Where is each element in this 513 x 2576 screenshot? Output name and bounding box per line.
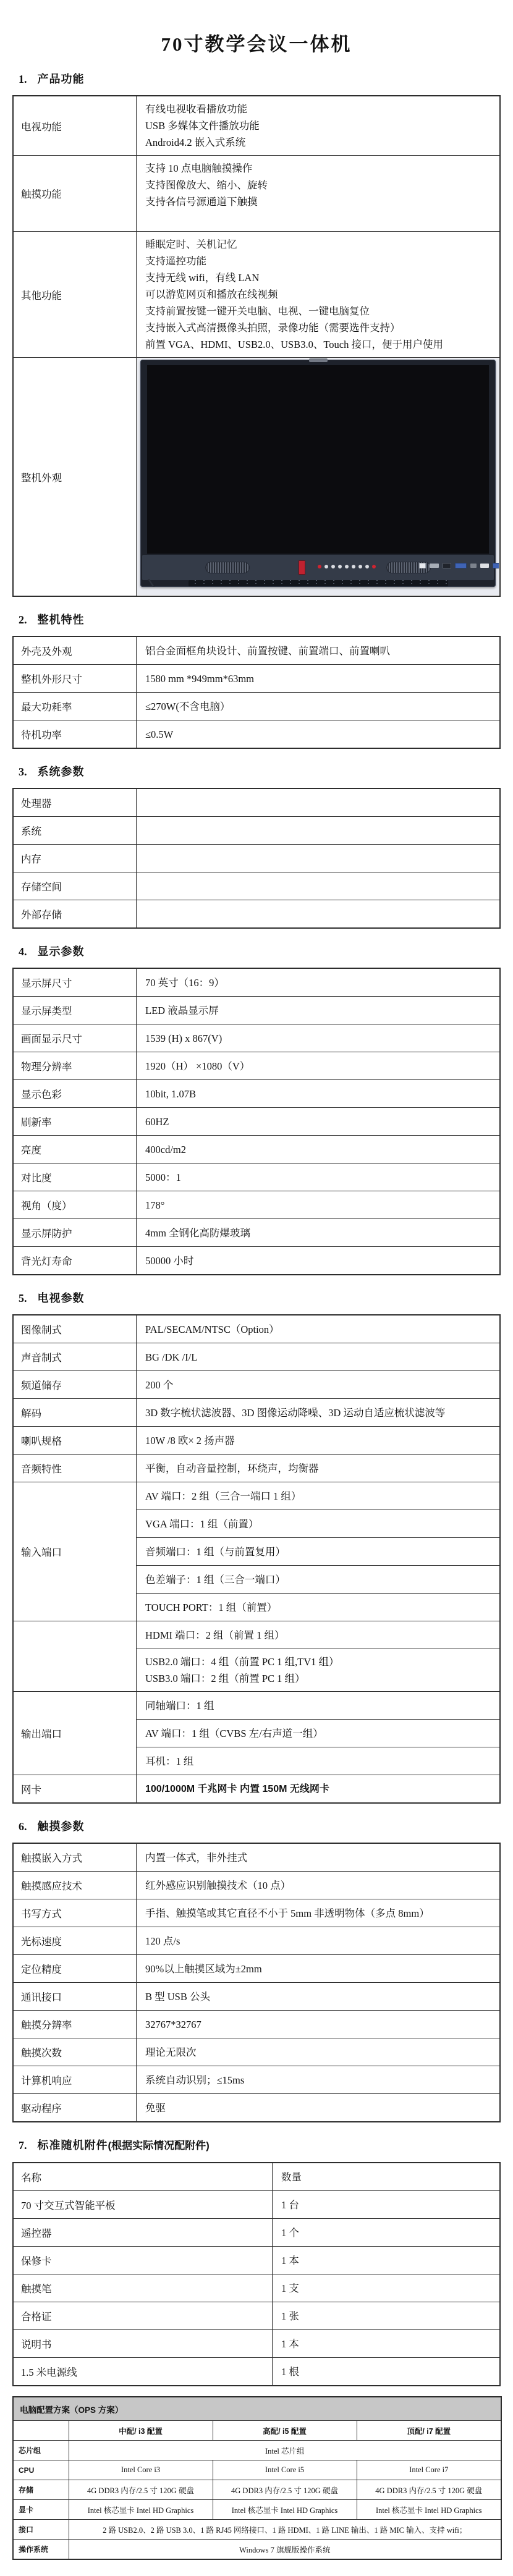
- spec-label: 图像制式: [13, 1315, 137, 1343]
- spec-label: 解码: [13, 1399, 137, 1427]
- section-number: 1.: [19, 73, 27, 85]
- usb-port-icon: [480, 564, 489, 568]
- table-row: 其他功能睡眠定时、关机记忆支持遥控功能支持无线 wifi，有线 LAN可以游览网…: [13, 232, 500, 358]
- spec-label: 1.5 米电源线: [13, 2358, 273, 2386]
- spec-label: 频道储存: [13, 1371, 137, 1399]
- ops-value: Intel 核芯显卡 Intel HD Graphics: [357, 2500, 501, 2520]
- table-row: 输入端口AV 端口：2 组（三合一端口 1 组）: [13, 1482, 500, 1510]
- table-row: 物理分辨率1920（H） ×1080（V）: [13, 1052, 500, 1080]
- spec-label: 外部存储: [13, 900, 137, 929]
- ops-column-header: [13, 2421, 69, 2441]
- spec-value-line: 可以游览网页和播放在线视频: [145, 286, 493, 303]
- spec-value: 1920（H） ×1080（V）: [137, 1052, 501, 1080]
- table-row: 音频特性平衡，自动音量控制，环绕声，均衡器: [13, 1455, 500, 1482]
- spec-label: 触摸笔: [13, 2274, 273, 2302]
- spec-value-line: 4mm 全钢化高防爆玻璃: [145, 1226, 493, 1240]
- spec-value-line: 1 支: [281, 2281, 493, 2295]
- spec-value: 理论无限次: [137, 2038, 501, 2066]
- table-row: 显卡Intel 核芯显卡 Intel HD GraphicsIntel 核芯显卡…: [13, 2500, 501, 2520]
- spec-value: 1 台: [273, 2191, 501, 2219]
- ops-title-row: 电脑配置方案（OPS 方案）: [13, 2397, 501, 2421]
- table-row: 网卡100/1000M 千兆网卡 内置 150M 无线网卡: [13, 1775, 500, 1804]
- spec-value: 音频端口：1 组（与前置复用）: [137, 1538, 501, 1566]
- spec-label: 驱动程序: [13, 2094, 137, 2122]
- table-row: 电视功能有线电视收看播放功能USB 多媒体文件播放功能Android4.2 嵌入…: [13, 96, 500, 156]
- spec-value-line: 10W /8 欧× 2 扬声器: [145, 1434, 493, 1448]
- table-row: 1.5 米电源线1 根: [13, 2358, 500, 2386]
- table-row: 外部存储: [13, 900, 500, 929]
- spec-value-line: AV 端口：2 组（三合一端口 1 组）: [145, 1489, 493, 1503]
- spec-value-line: 支持图像放大、缩小、旋转: [145, 177, 493, 193]
- table-row: 画面显示尺寸1539 (H) x 867(V): [13, 1024, 500, 1052]
- hdmi-port-icon: [430, 564, 439, 568]
- spec-value-line: 支持各信号源通道下触摸: [145, 193, 493, 210]
- vga-port-icon: [455, 563, 467, 568]
- spec-value-line: 50000 小时: [145, 1254, 493, 1268]
- spec-value-line: 系统自动识别；≤15ms: [145, 2073, 493, 2087]
- table-row: 存储空间: [13, 872, 500, 900]
- button-led: [318, 565, 321, 568]
- spec-value-line: 同轴端口：1 组: [145, 1699, 493, 1713]
- front-button: [324, 565, 328, 568]
- section-system-params: 3.系统参数处理器系统内存存储空间外部存储: [0, 765, 513, 929]
- section-title-suffix: (根据实际情况配附件): [108, 2140, 210, 2152]
- section-number: 6.: [19, 1820, 27, 1833]
- spec-value-line: PAL/SECAM/NTSC（Option）: [145, 1322, 493, 1337]
- spec-value: 系统自动识别；≤15ms: [137, 2066, 501, 2094]
- section-tv-params: 5.电视参数图像制式PAL/SECAM/NTSC（Option）声音制式BG /…: [0, 1291, 513, 1804]
- spec-label: 声音制式: [13, 1343, 137, 1371]
- spec-label: 显示屏尺寸: [13, 968, 137, 997]
- spec-value-line: 178°: [145, 1198, 493, 1212]
- spec-value-line: 1920（H） ×1080（V）: [145, 1059, 493, 1073]
- table-row: 合格证1 张: [13, 2302, 500, 2330]
- table-row: 最大功耗率≤270W(不含电脑）: [13, 693, 500, 720]
- table-row: 处理器: [13, 788, 500, 817]
- spec-value-line: 5000：1: [145, 1170, 493, 1185]
- spec-image-cell: [137, 358, 501, 597]
- spec-value-line: 支持嵌入式高清摄像头拍照，录像功能（需要选件支持）: [145, 319, 493, 336]
- spec-value: 同轴端口：1 组: [137, 1692, 501, 1720]
- usb-port-icon: [419, 563, 426, 568]
- ops-value: 4G DDR3 内存/2.5 寸 120G 硬盘: [357, 2480, 501, 2500]
- section-accessories: 7.标准随机附件(根据实际情况配附件)名称数量70 寸交互式智能平板1 台遥控器…: [0, 2139, 513, 2386]
- table-row: 显示屏类型LED 液晶显示屏: [13, 997, 500, 1024]
- spec-value: 120 点/s: [137, 1927, 501, 1955]
- spec-label: 触摸功能: [13, 156, 137, 232]
- spec-value: 1539 (H) x 867(V): [137, 1024, 501, 1052]
- table-row: 说明书1 本: [13, 2330, 500, 2358]
- ops-column-header: 顶配/ i7 配置: [357, 2421, 501, 2441]
- spec-value: 178°: [137, 1191, 501, 1219]
- table-row: 触摸次数理论无限次: [13, 2038, 500, 2066]
- front-button: [338, 565, 342, 568]
- camera-bump: [309, 358, 328, 362]
- spec-value-line: USB3.0 端口：2 组（前置 PC 1 组）: [145, 1670, 493, 1687]
- spec-document: 70寸教学会议一体机 1.产品功能电视功能有线电视收看播放功能USB 多媒体文件…: [0, 28, 513, 2576]
- spec-value: 铝合金面框角块设计、前置按键、前置端口、前置喇叭: [137, 636, 501, 665]
- spec-value: ≤270W(不含电脑）: [137, 693, 501, 720]
- spec-value: B 型 USB 公头: [137, 1983, 501, 2011]
- ops-value: Intel Core i5: [213, 2460, 357, 2480]
- front-ports: [419, 563, 499, 568]
- spec-value-line: 内置一体式，非外挂式: [145, 1851, 493, 1865]
- spec-value: 10W /8 欧× 2 扬声器: [137, 1427, 501, 1455]
- table-row: 待机功率≤0.5W: [13, 720, 500, 749]
- spec-value-line: 10bit, 1.07B: [145, 1087, 493, 1101]
- spec-value: 支持 10 点电脑触摸操作支持图像放大、缩小、旋转支持各信号源通道下触摸: [137, 156, 501, 232]
- spec-label: 合格证: [13, 2302, 273, 2330]
- spec-value-line: 音频端口：1 组（与前置复用）: [145, 1545, 493, 1559]
- table-row: 视角（度）178°: [13, 1191, 500, 1219]
- spec-value-line: 耳机：1 组: [145, 1754, 493, 1768]
- ops-row-label: 芯片组: [13, 2441, 69, 2460]
- spec-table-system-params: 处理器系统内存存储空间外部存储: [12, 788, 501, 929]
- front-button: [365, 565, 369, 568]
- spec-value: HDMI 端口：2 组（前置 1 组）: [137, 1621, 501, 1649]
- spec-value: 90%以上触摸区域为±2mm: [137, 1955, 501, 1983]
- ops-row-label: 显卡: [13, 2500, 69, 2520]
- ops-value: Intel 核芯显卡 Intel HD Graphics: [69, 2500, 213, 2520]
- monitor-front-photo: [137, 358, 499, 595]
- spec-value-line: 红外感应识别触摸技术（10 点）: [145, 1878, 493, 1893]
- section-heading: 6.触摸参数: [19, 1820, 513, 1833]
- table-row: 定位精度90%以上触摸区域为±2mm: [13, 1955, 500, 1983]
- spec-value: 70 英寸（16：9）: [137, 968, 501, 997]
- spec-value-line: 1580 mm *949mm*63mm: [145, 672, 493, 686]
- section-heading: 2.整机特性: [19, 613, 513, 627]
- table-row: 遥控器1 个: [13, 2219, 500, 2247]
- ops-span-value: 2 路 USB2.0、2 路 USB 3.0、1 路 RJ45 网络接口、1 路…: [69, 2520, 501, 2540]
- spec-value: 60HZ: [137, 1108, 501, 1136]
- ops-header-row: 中配/ i3 配置高配/ i5 配置顶配/ i7 配置: [13, 2421, 501, 2441]
- section-number: 2.: [19, 614, 27, 626]
- table-row: CPUIntel Core i3Intel Core i5Intel Core …: [13, 2460, 501, 2480]
- spec-value-line: HDMI 端口：2 组（前置 1 组）: [145, 1628, 493, 1642]
- ops-value: 4G DDR3 内存/2.5 寸 120G 硬盘: [69, 2480, 213, 2500]
- table-row: 名称数量: [13, 2163, 500, 2191]
- spec-label: 存储空间: [13, 872, 137, 900]
- spec-value-line: 120 点/s: [145, 1934, 493, 1948]
- front-button: [358, 565, 362, 568]
- spec-label: 其他功能: [13, 232, 137, 358]
- table-row: 喇叭规格10W /8 欧× 2 扬声器: [13, 1427, 500, 1455]
- spec-value-line: 1 本: [281, 2337, 493, 2351]
- spec-value: 睡眠定时、关机记忆支持遥控功能支持无线 wifi，有线 LAN可以游览网页和播放…: [137, 232, 501, 358]
- monitor-screen: [147, 365, 489, 554]
- section-heading: 3.系统参数: [19, 765, 513, 779]
- table-row: 通讯接口B 型 USB 公头: [13, 1983, 500, 2011]
- spec-label: 定位精度: [13, 1955, 137, 1983]
- table-row: 存储4G DDR3 内存/2.5 寸 120G 硬盘4G DDR3 内存/2.5…: [13, 2480, 501, 2500]
- spec-value-line: 90%以上触摸区域为±2mm: [145, 1962, 493, 1976]
- spec-value: PAL/SECAM/NTSC（Option）: [137, 1315, 501, 1343]
- spec-value: 400cd/m2: [137, 1136, 501, 1163]
- sections-container: 1.产品功能电视功能有线电视收看播放功能USB 多媒体文件播放功能Android…: [0, 72, 513, 2386]
- spec-value: 有线电视收看播放功能USB 多媒体文件播放功能Android4.2 嵌入式系统: [137, 96, 501, 156]
- spec-label: [13, 1621, 137, 1692]
- section-heading: 4.显示参数: [19, 945, 513, 958]
- front-button: [352, 565, 355, 568]
- spec-label: 触摸次数: [13, 2038, 137, 2066]
- table-row: 显示屏尺寸70 英寸（16：9）: [13, 968, 500, 997]
- section-heading: 7.标准随机附件(根据实际情况配附件): [19, 2139, 513, 2153]
- section-machine-characteristics: 2.整机特性外壳及外观铝合金面框角块设计、前置按键、前置端口、前置喇叭整机外形尺…: [0, 613, 513, 749]
- section-heading: 5.电视参数: [19, 1291, 513, 1305]
- spec-value-line: 1 台: [281, 2198, 493, 2212]
- section-number: 7.: [19, 2139, 27, 2152]
- spec-value-line: 色差端子：1 组（三合一端口）: [145, 1573, 493, 1587]
- section-product-features: 1.产品功能电视功能有线电视收看播放功能USB 多媒体文件播放功能Android…: [0, 72, 513, 597]
- section-display-params: 4.显示参数显示屏尺寸70 英寸（16：9）显示屏类型LED 液晶显示屏画面显示…: [0, 945, 513, 1275]
- spec-label: 70 寸交互式智能平板: [13, 2191, 273, 2219]
- spec-label: 显示屏类型: [13, 997, 137, 1024]
- ops-table-holder: 电脑配置方案（OPS 方案）中配/ i3 配置高配/ i5 配置顶配/ i7 配…: [0, 2396, 513, 2560]
- spec-value-line: [145, 907, 493, 921]
- spec-value: 数量: [273, 2163, 501, 2191]
- ops-row-label: CPU: [13, 2460, 69, 2480]
- spec-label: 名称: [13, 2163, 273, 2191]
- spec-value-line: 铝合金面框角块设计、前置按键、前置端口、前置喇叭: [145, 644, 493, 658]
- spec-label: 网卡: [13, 1775, 137, 1804]
- table-row: 触摸嵌入方式内置一体式，非外挂式: [13, 1843, 500, 1872]
- spec-value-line: [145, 879, 493, 893]
- ops-value: Intel 核芯显卡 Intel HD Graphics: [213, 2500, 357, 2520]
- spec-value-line: 支持前置按键一键开关电脑、电视、一键电脑复位: [145, 303, 493, 319]
- spec-label: 电视功能: [13, 96, 137, 156]
- spec-label: 对比度: [13, 1163, 137, 1191]
- spec-value: 1 张: [273, 2302, 501, 2330]
- spec-value-line: 平衡，自动音量控制，环绕声，均衡器: [145, 1461, 493, 1476]
- spec-value: AV 端口：1 组（CVBS 左/右声道一组）: [137, 1720, 501, 1747]
- spec-value: [137, 817, 501, 845]
- spec-value: VGA 端口：1 组（前置）: [137, 1510, 501, 1538]
- spec-value: [137, 872, 501, 900]
- spec-value-line: 1 个: [281, 2226, 493, 2240]
- front-button: [345, 565, 349, 568]
- spec-value: 3D 数字梳状滤波器、3D 图像运动降噪、3D 运动自适应梳状滤波等: [137, 1399, 501, 1427]
- spec-value-line: B 型 USB 公头: [145, 1990, 493, 2004]
- spec-value: 内置一体式，非外挂式: [137, 1843, 501, 1872]
- spec-value: TOUCH PORT：1 组（前置）: [137, 1594, 501, 1621]
- spec-label: 触摸嵌入方式: [13, 1843, 137, 1872]
- spec-value: 红外感应识别触摸技术（10 点）: [137, 1872, 501, 1899]
- table-row: 芯片组Intel 芯片组: [13, 2441, 501, 2460]
- vga-port-icon: [493, 563, 499, 568]
- spec-label: 通讯接口: [13, 1983, 137, 2011]
- section-title: 触摸参数: [38, 1820, 85, 1833]
- front-buttons: [318, 565, 376, 568]
- speaker-grille-left: [205, 562, 250, 573]
- section-title: 标准随机附件: [38, 2139, 108, 2152]
- spec-value-line: Android4.2 嵌入式系统: [145, 134, 493, 151]
- table-row: 显示色彩10bit, 1.07B: [13, 1080, 500, 1108]
- table-row: 声音制式BG /DK /I/L: [13, 1343, 500, 1371]
- table-row: 驱动程序免驱: [13, 2094, 500, 2122]
- table-row: 触摸感应技术红外感应识别触摸技术（10 点）: [13, 1872, 500, 1899]
- spec-value-line: 200 个: [145, 1378, 493, 1392]
- spec-value: 平衡，自动音量控制，环绕声，均衡器: [137, 1455, 501, 1482]
- spec-value: 1 支: [273, 2274, 501, 2302]
- spec-label: 亮度: [13, 1136, 137, 1163]
- spec-value-line: [145, 851, 493, 866]
- spec-label: 整机外形尺寸: [13, 665, 137, 693]
- spec-value: USB2.0 端口：4 组（前置 PC 1 组,TV1 组）USB3.0 端口：…: [137, 1649, 501, 1692]
- table-row: 内存: [13, 845, 500, 872]
- audio-port-icon: [470, 564, 477, 568]
- spec-table-machine-characteristics: 外壳及外观铝合金面框角块设计、前置按键、前置端口、前置喇叭整机外形尺寸1580 …: [12, 636, 501, 749]
- ops-config-table: 电脑配置方案（OPS 方案）中配/ i3 配置高配/ i5 配置顶配/ i7 配…: [12, 2396, 502, 2560]
- spec-label: 视角（度）: [13, 1191, 137, 1219]
- table-row: 接口2 路 USB2.0、2 路 USB 3.0、1 路 RJ45 网络接口、1…: [13, 2520, 501, 2540]
- ops-column-header: 中配/ i3 配置: [69, 2421, 213, 2441]
- ops-value: Intel Core i3: [69, 2460, 213, 2480]
- section-number: 3.: [19, 766, 27, 778]
- spec-value-line: 3D 数字梳状滤波器、3D 图像运动降噪、3D 运动自适应梳状滤波等: [145, 1406, 493, 1420]
- spec-value: 1580 mm *949mm*63mm: [137, 665, 501, 693]
- spec-value-line: 32767*32767: [145, 2017, 493, 2032]
- spec-label: 触摸感应技术: [13, 1872, 137, 1899]
- spec-label: 物理分辨率: [13, 1052, 137, 1080]
- spec-value: AV 端口：2 组（三合一端口 1 组）: [137, 1482, 501, 1510]
- spec-table-touch-params: 触摸嵌入方式内置一体式，非外挂式触摸感应技术红外感应识别触摸技术（10 点）书写…: [12, 1843, 501, 2122]
- spec-label: 显示色彩: [13, 1080, 137, 1108]
- front-button: [331, 565, 335, 568]
- spec-label: 触摸分辨率: [13, 2011, 137, 2038]
- spec-value: 4mm 全钢化高防爆玻璃: [137, 1219, 501, 1247]
- table-row: 触摸功能支持 10 点电脑触摸操作支持图像放大、缩小、旋转支持各信号源通道下触摸: [13, 156, 500, 232]
- table-row: 亮度400cd/m2: [13, 1136, 500, 1163]
- spec-label: 书写方式: [13, 1899, 137, 1927]
- ops-row-label: 存储: [13, 2480, 69, 2500]
- spec-value-line: 100/1000M 千兆网卡 内置 150M 无线网卡: [145, 1782, 493, 1796]
- spec-value-line: BG /DK /I/L: [145, 1350, 493, 1364]
- spec-value-line: 70 英寸（16：9）: [145, 976, 493, 990]
- spec-label: 保修卡: [13, 2247, 273, 2274]
- spec-value-line: 1539 (H) x 867(V): [145, 1031, 493, 1045]
- spec-value: 色差端子：1 组（三合一端口）: [137, 1566, 501, 1594]
- spec-label: 处理器: [13, 788, 137, 817]
- ops-value: Intel Core i7: [357, 2460, 501, 2480]
- spec-table-accessories: 名称数量70 寸交互式智能平板1 台遥控器1 个保修卡1 本触摸笔1 支合格证1…: [12, 2162, 501, 2386]
- section-heading: 1.产品功能: [19, 72, 513, 86]
- spec-value-line: USB2.0 端口：4 组（前置 PC 1 组,TV1 组）: [145, 1653, 493, 1670]
- spec-table-tv-params: 图像制式PAL/SECAM/NTSC（Option）声音制式BG /DK /I/…: [12, 1314, 501, 1804]
- spec-value: 200 个: [137, 1371, 501, 1399]
- spec-table-product-features: 电视功能有线电视收看播放功能USB 多媒体文件播放功能Android4.2 嵌入…: [12, 95, 501, 597]
- section-title: 整机特性: [38, 614, 85, 626]
- spec-value-line: 睡眠定时、关机记忆: [145, 236, 493, 253]
- table-row: 操作系统Windows 7 旗舰版操作系统: [13, 2540, 501, 2560]
- spec-label: 输出端口: [13, 1692, 137, 1775]
- spec-label: 整机外观: [13, 358, 137, 597]
- pen-tray: [189, 580, 448, 586]
- button-led: [372, 565, 376, 568]
- ops-value: 4G DDR3 内存/2.5 寸 120G 硬盘: [213, 2480, 357, 2500]
- document-title: 70寸教学会议一体机: [0, 28, 513, 56]
- spec-value: 10bit, 1.07B: [137, 1080, 501, 1108]
- table-row: 刷新率60HZ: [13, 1108, 500, 1136]
- spec-label: 背光灯寿命: [13, 1247, 137, 1275]
- table-row: 背光灯寿命50000 小时: [13, 1247, 500, 1275]
- monitor-bezel: [140, 360, 496, 587]
- table-row: 频道储存200 个: [13, 1371, 500, 1399]
- table-row: 整机外观: [13, 358, 500, 597]
- spec-label: 计算机响应: [13, 2066, 137, 2094]
- spec-value: [137, 845, 501, 872]
- spec-value-line: 数量: [281, 2170, 493, 2184]
- spec-value-line: 60HZ: [145, 1115, 493, 1129]
- table-row: 整机外形尺寸1580 mm *949mm*63mm: [13, 665, 500, 693]
- table-row: 外壳及外观铝合金面框角块设计、前置按键、前置端口、前置喇叭: [13, 636, 500, 665]
- spec-value: 手指、触摸笔或其它直径不小于 5mm 非透明物体（多点 8mm）: [137, 1899, 501, 1927]
- table-row: HDMI 端口：2 组（前置 1 组）: [13, 1621, 500, 1649]
- section-number: 5.: [19, 1292, 27, 1304]
- spec-label: 显示屏防护: [13, 1219, 137, 1247]
- spec-value-line: [145, 210, 493, 227]
- spec-value-line: [145, 796, 493, 810]
- spec-label: 系统: [13, 817, 137, 845]
- power-switch: [299, 560, 305, 575]
- spec-value: [137, 900, 501, 929]
- front-control-bar: [142, 555, 494, 580]
- touch-port-icon: [443, 563, 451, 568]
- spec-value: 5000：1: [137, 1163, 501, 1191]
- table-row: 书写方式手指、触摸笔或其它直径不小于 5mm 非透明物体（多点 8mm）: [13, 1899, 500, 1927]
- table-row: 70 寸交互式智能平板1 台: [13, 2191, 500, 2219]
- table-row: 输出端口同轴端口：1 组: [13, 1692, 500, 1720]
- ops-span-value: Intel 芯片组: [69, 2441, 501, 2460]
- spec-value-line: TOUCH PORT：1 组（前置）: [145, 1600, 493, 1615]
- spec-value: 耳机：1 组: [137, 1747, 501, 1775]
- spec-value: 100/1000M 千兆网卡 内置 150M 无线网卡: [137, 1775, 501, 1804]
- table-row: 触摸笔1 支: [13, 2274, 500, 2302]
- spec-label: 最大功耗率: [13, 693, 137, 720]
- spec-value: 1 本: [273, 2330, 501, 2358]
- spec-value: 50000 小时: [137, 1247, 501, 1275]
- spec-label: 待机功率: [13, 720, 137, 749]
- spec-value: ≤0.5W: [137, 720, 501, 749]
- spec-value-line: 手指、触摸笔或其它直径不小于 5mm 非透明物体（多点 8mm）: [145, 1906, 493, 1920]
- ops-span-value: Windows 7 旗舰版操作系统: [69, 2540, 501, 2560]
- spec-value-line: 前置 VGA、HDMI、USB2.0、USB3.0、Touch 接口，便于用户使…: [145, 336, 493, 353]
- spec-value-line: 1 根: [281, 2365, 493, 2379]
- spec-value-line: 1 本: [281, 2253, 493, 2268]
- spec-value: 免驱: [137, 2094, 501, 2122]
- spec-label: 输入端口: [13, 1482, 137, 1621]
- spec-value-line: LED 液晶显示屏: [145, 1003, 493, 1018]
- spec-value: 1 个: [273, 2219, 501, 2247]
- spec-label: 内存: [13, 845, 137, 872]
- spec-value-line: 理论无限次: [145, 2045, 493, 2059]
- section-title: 系统参数: [38, 766, 85, 778]
- spec-value-line: 支持无线 wifi，有线 LAN: [145, 269, 493, 286]
- spec-value-line: 支持 10 点电脑触摸操作: [145, 160, 493, 177]
- ops-table-title: 电脑配置方案（OPS 方案）: [13, 2397, 501, 2421]
- spec-value: [137, 788, 501, 817]
- spec-label: 光标速度: [13, 1927, 137, 1955]
- spec-value: BG /DK /I/L: [137, 1343, 501, 1371]
- spec-label: 刷新率: [13, 1108, 137, 1136]
- spec-value-line: ≤0.5W: [145, 727, 493, 741]
- spec-value-line: [145, 824, 493, 838]
- spec-value-line: 有线电视收看播放功能: [145, 101, 493, 117]
- spec-value-line: 支持遥控功能: [145, 253, 493, 269]
- spec-value-line: VGA 端口：1 组（前置）: [145, 1517, 493, 1531]
- spec-table-display-params: 显示屏尺寸70 英寸（16：9）显示屏类型LED 液晶显示屏画面显示尺寸1539…: [12, 968, 501, 1275]
- spec-value-line: 400cd/m2: [145, 1142, 493, 1157]
- table-row: 解码3D 数字梳状滤波器、3D 图像运动降噪、3D 运动自适应梳状滤波等: [13, 1399, 500, 1427]
